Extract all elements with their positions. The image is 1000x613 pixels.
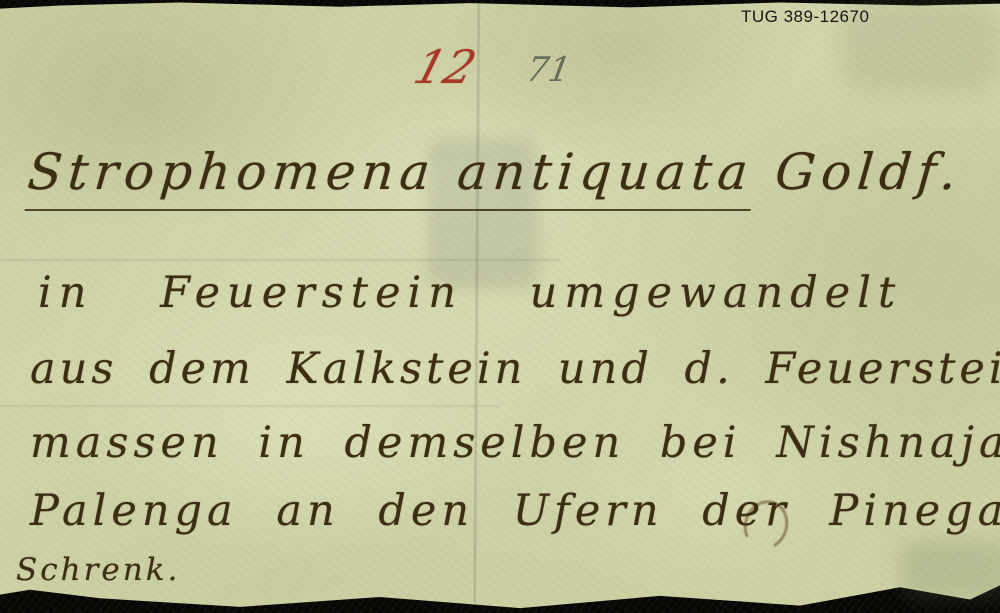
collector-signature: Schrenk.: [16, 552, 180, 588]
handwritten-line-3: massen in demselben bei Nishnaja: [30, 418, 1000, 468]
handwritten-line-1: in Feuerstein umgewandelt: [38, 268, 902, 318]
catalog-number: TUG 389-12670: [741, 7, 869, 27]
horizontal-fold-crease-lower: [0, 404, 500, 408]
pencil-number: 71: [523, 50, 573, 90]
handwritten-line-4: Palenga an den Ufern der Pinega.: [30, 486, 1000, 536]
species-name-heading: Strophomena antiquata Goldf.: [25, 143, 964, 201]
edge-discoloration: [900, 540, 1000, 600]
species-author: Goldf.: [751, 143, 965, 201]
species-name-underlined: Strophomena antiquata: [25, 143, 757, 211]
specimen-label-photo: TUG 389-12670 12 71 Strophomena antiquat…: [0, 0, 1000, 613]
handwritten-line-2: aus dem Kalkstein und d. Feuerstein-: [30, 344, 1000, 394]
